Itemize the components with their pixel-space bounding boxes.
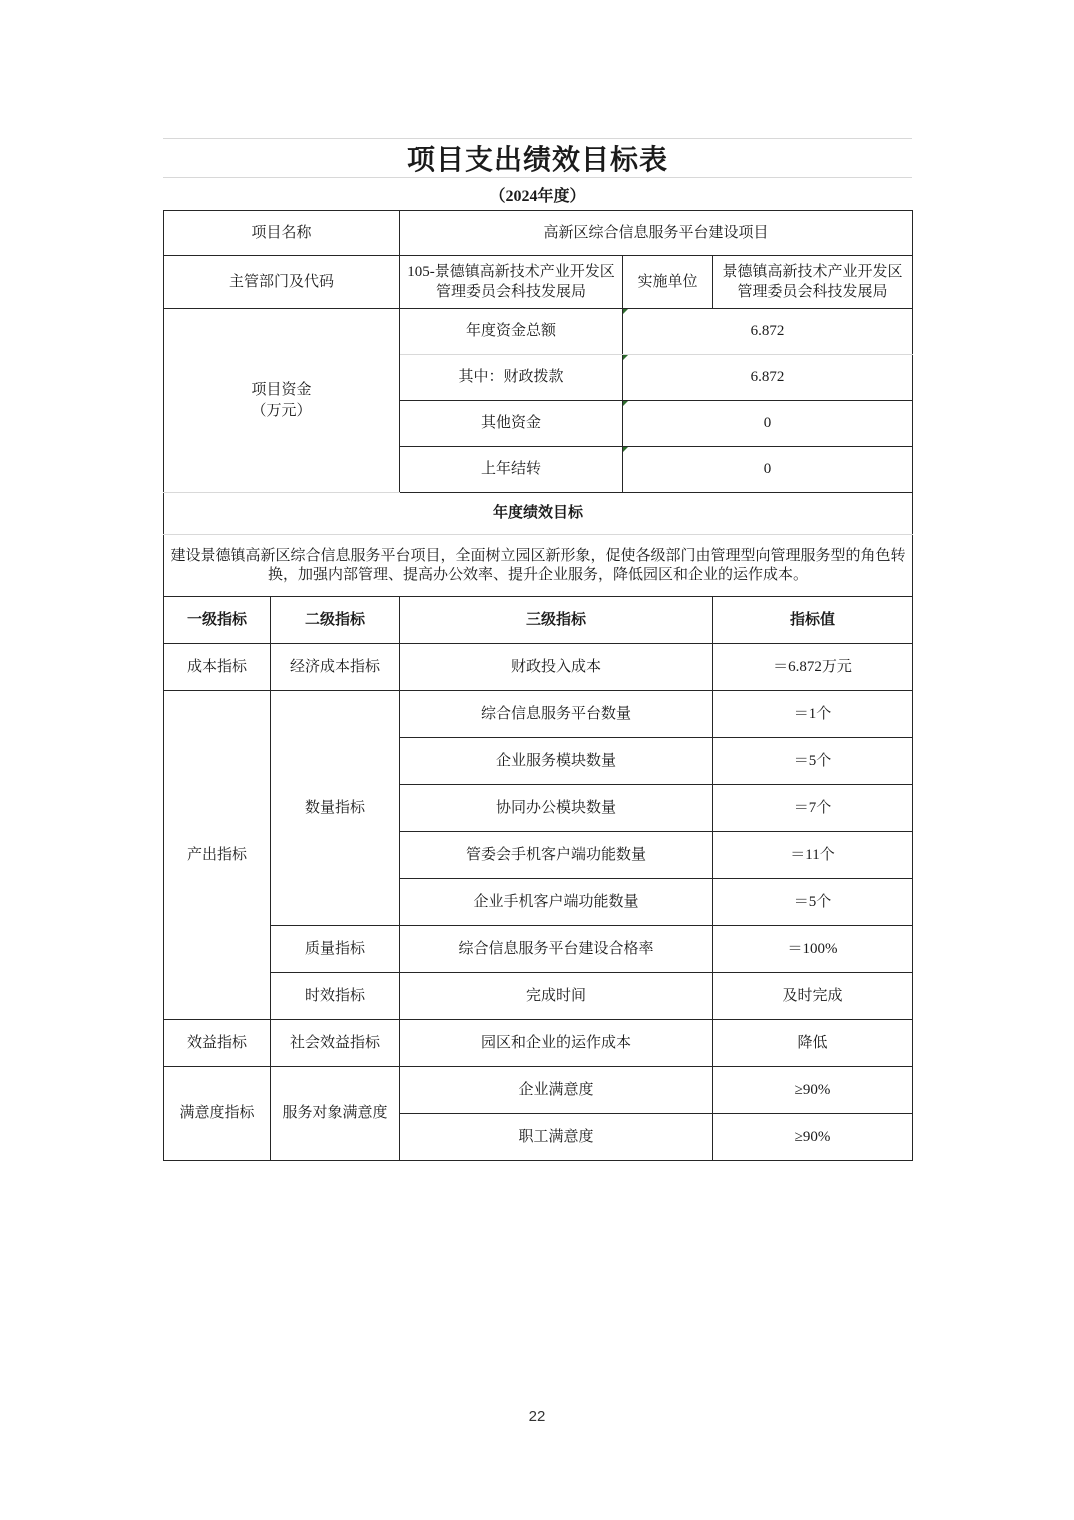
level1-cost: 成本指标: [164, 644, 271, 691]
table-row: 时效指标 完成时间 及时完成: [164, 973, 913, 1020]
level2-economic: 经济成本指标: [271, 644, 400, 691]
indicator-value: ≥90%: [713, 1067, 913, 1114]
indicator-name: 综合信息服务平台数量: [400, 691, 713, 738]
indicator-value: ＝100%: [713, 926, 913, 973]
table-row: 成本指标 经济成本指标 财政投入成本 ＝6.872万元: [164, 644, 913, 691]
table-row: 年度绩效目标: [164, 493, 913, 535]
indicator-name: 企业服务模块数量: [400, 738, 713, 785]
indicator-value: 降低: [713, 1020, 913, 1067]
indicator-value: ＝6.872万元: [713, 644, 913, 691]
table-row: 项目资金 （万元） 年度资金总额 6.872: [164, 309, 913, 355]
indicator-name: 管委会手机客户端功能数量: [400, 832, 713, 879]
funds-label-line2: （万元）: [252, 403, 312, 419]
level2-social: 社会效益指标: [271, 1020, 400, 1067]
indicator-value: ＝5个: [713, 738, 913, 785]
level2-timeliness: 时效指标: [271, 973, 400, 1020]
impl-unit-value: 景德镇高新技术产业开发区管理委员会科技发展局: [713, 256, 913, 309]
fund-total-value: 6.872: [623, 309, 913, 355]
table-row: 满意度指标 服务对象满意度 企业满意度 ≥90%: [164, 1067, 913, 1114]
level2-quantity: 数量指标: [271, 691, 400, 926]
indicator-name: 企业满意度: [400, 1067, 713, 1114]
funds-label: 项目资金 （万元）: [164, 309, 400, 493]
level2-service: 服务对象满意度: [271, 1067, 400, 1161]
indicator-value: ＝1个: [713, 691, 913, 738]
indicator-name: 企业手机客户端功能数量: [400, 879, 713, 926]
dept-code-label: 主管部门及代码: [164, 256, 400, 309]
header-level3: 三级指标: [400, 597, 713, 644]
fund-other-label: 其他资金: [400, 401, 623, 447]
fund-total-label: 年度资金总额: [400, 309, 623, 355]
indicator-value: ＝11个: [713, 832, 913, 879]
indicator-value: 及时完成: [713, 973, 913, 1020]
header-target-value: 指标值: [713, 597, 913, 644]
fund-carryover-value: 0: [623, 447, 913, 493]
funds-label-line1: 项目资金: [252, 382, 312, 398]
table-row: 产出指标 数量指标 综合信息服务平台数量 ＝1个: [164, 691, 913, 738]
project-name-label: 项目名称: [164, 211, 400, 256]
indicator-value: ≥90%: [713, 1114, 913, 1161]
page-subtitle: （2024年度）: [163, 178, 912, 210]
table-row: 主管部门及代码 105-景德镇高新技术产业开发区管理委员会科技发展局 实施单位 …: [164, 256, 913, 309]
level1-satisfaction: 满意度指标: [164, 1067, 271, 1161]
fund-carryover-label: 上年结转: [400, 447, 623, 493]
indicator-name: 完成时间: [400, 973, 713, 1020]
page-number: 22: [0, 1408, 1074, 1425]
indicator-value: ＝5个: [713, 879, 913, 926]
dept-code-value: 105-景德镇高新技术产业开发区管理委员会科技发展局: [400, 256, 623, 309]
indicator-name: 职工满意度: [400, 1114, 713, 1161]
table-row: 效益指标 社会效益指标 园区和企业的运作成本 降低: [164, 1020, 913, 1067]
level1-benefit: 效益指标: [164, 1020, 271, 1067]
header-level1: 一级指标: [164, 597, 271, 644]
indicator-name: 财政投入成本: [400, 644, 713, 691]
indicator-value: ＝7个: [713, 785, 913, 832]
table-row: 一级指标 二级指标 三级指标 指标值: [164, 597, 913, 644]
indicator-name: 园区和企业的运作成本: [400, 1020, 713, 1067]
indicator-name: 综合信息服务平台建设合格率: [400, 926, 713, 973]
level1-output: 产出指标: [164, 691, 271, 1020]
header-level2: 二级指标: [271, 597, 400, 644]
project-name-value: 高新区综合信息服务平台建设项目: [400, 211, 913, 256]
fund-other-value: 0: [623, 401, 913, 447]
fund-fiscal-label: 其中：财政拨款: [400, 355, 623, 401]
annual-goal-header: 年度绩效目标: [164, 493, 913, 535]
impl-unit-label: 实施单位: [623, 256, 713, 309]
performance-table: 项目名称 高新区综合信息服务平台建设项目 主管部门及代码 105-景德镇高新技术…: [163, 210, 913, 1161]
table-row: 质量指标 综合信息服务平台建设合格率 ＝100%: [164, 926, 913, 973]
indicator-name: 协同办公模块数量: [400, 785, 713, 832]
document-page: 项目支出绩效目标表 （2024年度） 项目名称 高新区综合信息服务平台建设项目 …: [0, 0, 1074, 1520]
annual-goal-description: 建设景德镇高新区综合信息服务平台项目，全面树立园区新形象，促使各级部门由管理型向…: [164, 535, 913, 597]
table-row: 项目名称 高新区综合信息服务平台建设项目: [164, 211, 913, 256]
fund-fiscal-value: 6.872: [623, 355, 913, 401]
page-title: 项目支出绩效目标表: [163, 138, 912, 178]
performance-target-document: 项目支出绩效目标表 （2024年度） 项目名称 高新区综合信息服务平台建设项目 …: [163, 138, 912, 1161]
level2-quality: 质量指标: [271, 926, 400, 973]
table-row: 建设景德镇高新区综合信息服务平台项目，全面树立园区新形象，促使各级部门由管理型向…: [164, 535, 913, 597]
